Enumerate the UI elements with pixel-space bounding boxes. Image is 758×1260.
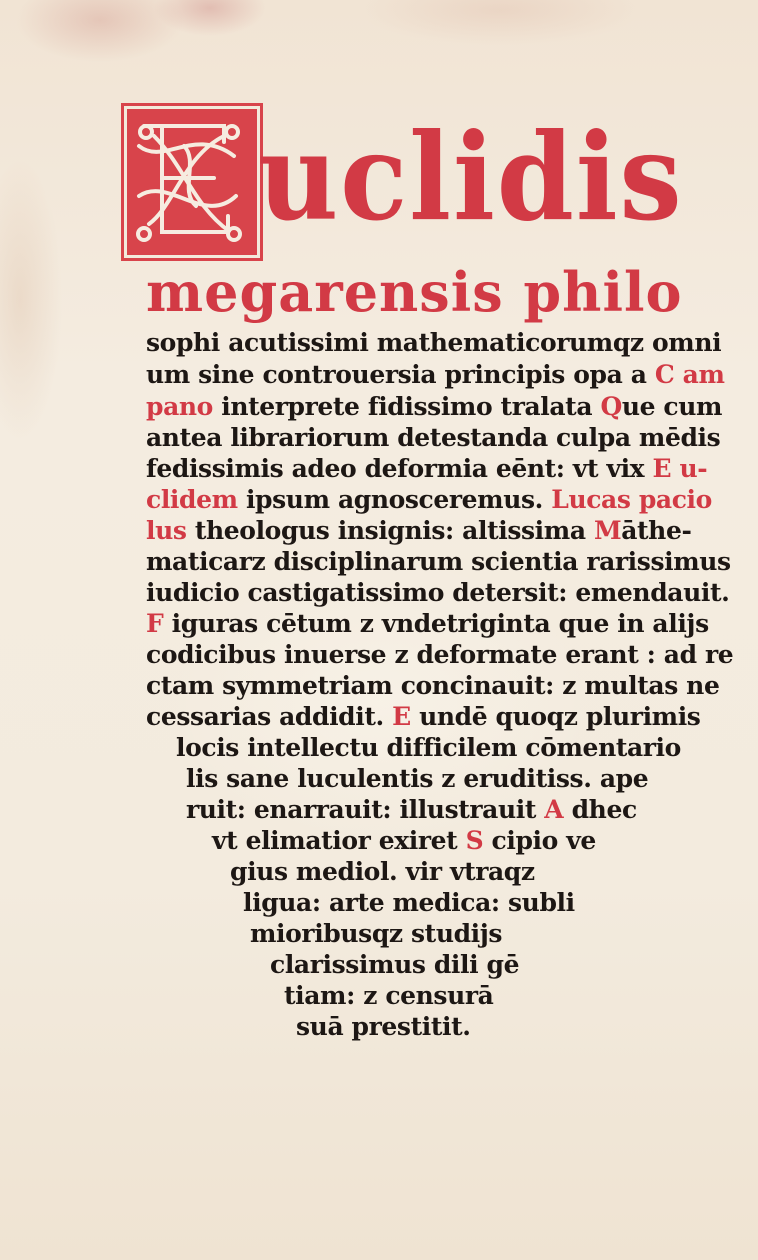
book-title-page: uclidis megarensis philo sophi acutissim… [0,0,758,1260]
text-line-12: ctam symmetriam concinauit: z multas ne [146,671,719,701]
text-line-2: um sine controuersia principis opa a C a… [146,360,725,390]
text-line-19: ligua: arte medica: subli [243,888,575,918]
text-line-16: ruit: enarrauit: illustrauit A dhec [186,795,637,825]
text-line-7: lus theologus insignis: altissima Māthe- [146,516,691,546]
text-line-10: F iguras cētum z vndetriginta que in ali… [146,609,709,639]
text-line-15: lis sane luculentis z eruditiss. ape [186,764,648,794]
text-line-17: vt elimatior exiret S cipio ve [212,826,596,856]
text-line-5: fedissimis adeo deformia eēnt: vt vix E … [146,454,707,484]
text-line-3: pano interprete fidissimo tralata Que cu… [146,392,722,422]
text-line-23: suā prestitit. [296,1012,471,1042]
decorated-initial-e [121,103,263,261]
text-line-8: maticarz disciplinarum scientia rarissim… [146,547,731,577]
text-line-4: antea librariorum detestanda culpa mēdis [146,423,720,453]
title-megarensis-philo: megarensis philo [146,262,683,322]
text-line-1: sophi acutissimi mathematicorumqz omni [146,328,721,358]
title-euclidis: uclidis [258,118,684,238]
text-line-22: tiam: z censurā [284,981,493,1011]
text-line-21: clarissimus dili gē [270,950,519,980]
text-line-6: clidem ipsum agnosceremus. Lucas pacio [146,485,712,515]
text-line-11: codicibus inuerse z deformate erant : ad… [146,640,733,670]
text-line-20: mioribusqz studijs [250,919,502,949]
text-line-18: gius mediol. vir vtraqz [230,857,535,887]
text-line-13: cessarias addidit. E undē quoqz plurimis [146,702,701,732]
text-line-9: iudicio castigatissimo detersit: emendau… [146,578,729,608]
interlace-ornament-icon [124,106,254,252]
text-line-14: locis intellectu difficilem cōmentario [176,733,681,763]
